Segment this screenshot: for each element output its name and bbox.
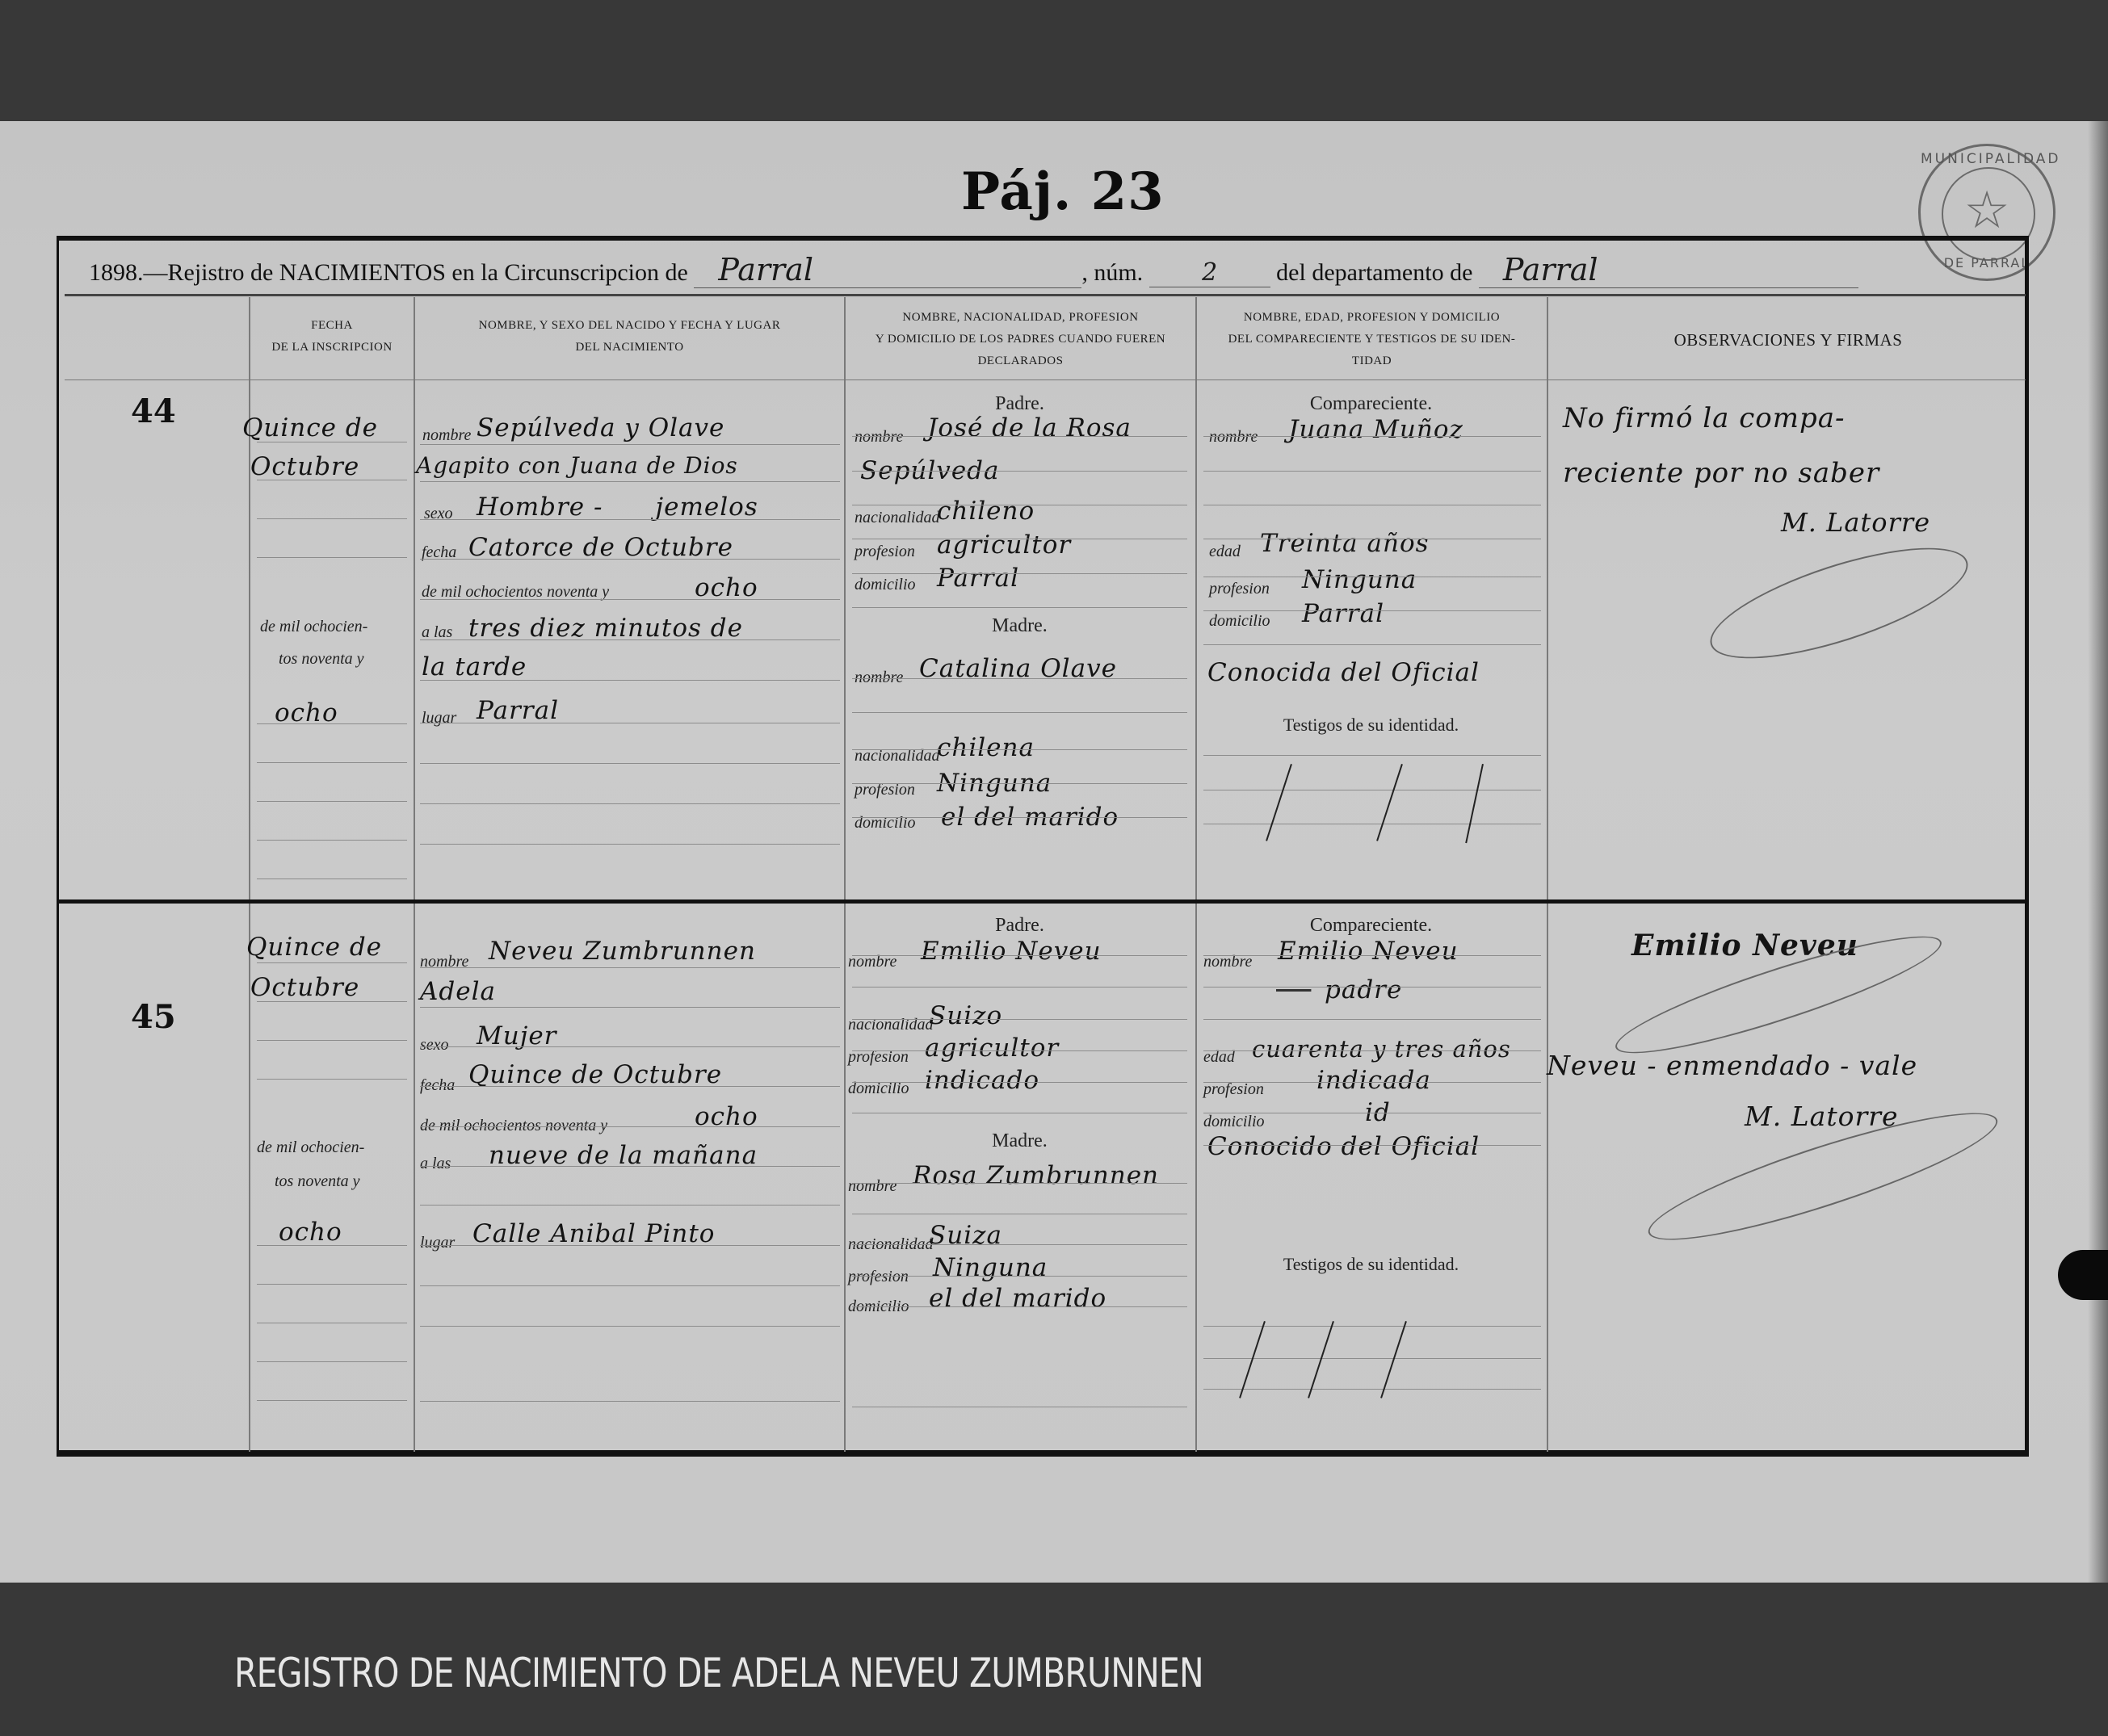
guide-line <box>420 967 840 968</box>
guide-line <box>420 559 840 560</box>
label-padre: Padre. <box>848 393 1191 415</box>
compareciente-nombre: Juana Muñoz <box>1288 415 1463 444</box>
label-domicilio: domicilio <box>1209 612 1270 631</box>
circunscripcion-field: Parral <box>694 252 1081 288</box>
guide-line <box>852 749 1187 750</box>
padre-nombre-1: Emilio Neveu <box>921 937 1102 966</box>
nacido-nombre-2: Adela <box>420 977 496 1006</box>
colhead-rule <box>65 379 2026 380</box>
nacido-fecha: Quince de Octubre <box>468 1060 722 1089</box>
guide-line <box>1203 436 1541 437</box>
label-sexo: sexo <box>424 505 453 523</box>
image-caption: REGISTRO DE NACIMIENTO DE ADELA NEVEU ZU… <box>234 1650 1203 1696</box>
label-padre: Padre. <box>848 915 1191 937</box>
guide-line <box>420 481 840 482</box>
guide-line <box>257 723 407 724</box>
guide-line <box>1203 1326 1541 1327</box>
guide-line <box>257 1323 407 1323</box>
guide-line <box>257 1001 407 1002</box>
label-lugar: lugar <box>422 709 456 728</box>
guide-line <box>852 1214 1187 1214</box>
label-nombre: nombre <box>848 1177 897 1196</box>
guide-line <box>852 955 1187 956</box>
guide-line <box>1203 1389 1541 1390</box>
label-a-las: a las <box>420 1155 451 1173</box>
guide-line <box>852 539 1187 539</box>
guide-line <box>257 557 407 558</box>
guide-line <box>257 1400 407 1401</box>
guide-line <box>420 1245 840 1246</box>
guide-line <box>420 1205 840 1206</box>
label-compareciente: Compareciente. <box>1199 393 1543 415</box>
nacido-nombre-1: Neveu Zumbrunnen <box>489 937 756 966</box>
label-compareciente: Compareciente. <box>1199 915 1543 937</box>
guide-line <box>1203 1050 1541 1051</box>
guide-line <box>1203 987 1541 988</box>
entry-number-45: 45 <box>131 998 176 1036</box>
fecha-noventa-label: tos noventa y <box>275 1172 360 1191</box>
guide-line <box>852 573 1187 574</box>
header-text-3: del departamento de <box>1276 259 1472 286</box>
guide-line <box>420 1086 840 1087</box>
fecha-mil-label: de mil ochocien- <box>260 618 367 636</box>
header-year: 1898 <box>89 259 137 286</box>
guide-line <box>257 878 407 879</box>
numero-field: 2 <box>1149 258 1270 287</box>
nacido-lugar: Calle Anibal Pinto <box>472 1219 715 1248</box>
madre-domicilio: el del marido <box>929 1284 1106 1313</box>
inscripcion-year: ocho <box>279 1218 342 1247</box>
header-text-2: , núm. <box>1081 259 1143 286</box>
padre-domicilio: indicado <box>925 1066 1039 1095</box>
label-nombre: nombre <box>422 426 471 445</box>
guide-line <box>420 639 840 640</box>
compareciente-nota: Conocido del Oficial <box>1207 1132 1480 1161</box>
inscripcion-line1: Quince de <box>246 933 382 962</box>
label-testigos: Testigos de su identidad. <box>1199 1254 1543 1275</box>
label-lugar: lugar <box>420 1234 455 1252</box>
guide-line <box>1203 505 1541 505</box>
nacido-nombre-1: Sepúlveda y Olave <box>477 413 724 442</box>
guide-line <box>852 1050 1187 1051</box>
inscripcion-line2: Octubre <box>250 452 359 481</box>
guide-line <box>420 1326 840 1327</box>
guide-line <box>1203 955 1541 956</box>
guide-line <box>420 803 840 804</box>
guide-line <box>852 1082 1187 1083</box>
compareciente-edad: cuarenta y tres años <box>1252 1035 1511 1063</box>
madre-nombre: Rosa Zumbrunnen <box>913 1161 1159 1190</box>
nacido-lugar: Parral <box>477 696 559 725</box>
colhead-compareciente: NOMBRE, EDAD, PROFESION Y DOMICILIODEL C… <box>1199 307 1545 372</box>
guide-line <box>257 801 407 802</box>
compareciente-strikethrough <box>1276 975 1311 1004</box>
nacido-anio: ocho <box>695 573 758 602</box>
compareciente-edad: Treinta años <box>1260 529 1430 558</box>
departamento-field: Parral <box>1479 252 1858 288</box>
inscripcion-line2: Octubre <box>250 973 359 1002</box>
guide-line <box>257 962 407 963</box>
label-edad: edad <box>1209 543 1241 561</box>
col-divider-2 <box>414 297 415 1452</box>
guide-line <box>1203 577 1541 577</box>
guide-line <box>420 1285 840 1286</box>
page-edge-shadow <box>2088 121 2108 1583</box>
label-domicilio: domicilio <box>1203 1113 1265 1131</box>
inscripcion-line1: Quince de <box>242 413 378 442</box>
padre-nombre-1: José de la Rosa <box>927 413 1132 442</box>
guide-line <box>1203 644 1541 645</box>
fecha-noventa-label: tos noventa y <box>279 650 364 669</box>
guide-line <box>420 1046 840 1047</box>
nacido-nombre-2: Agapito con Juana de Dios <box>416 452 738 479</box>
guide-line <box>852 1113 1187 1113</box>
guide-line <box>1203 824 1541 824</box>
guide-line <box>257 1284 407 1285</box>
padre-domicilio: Parral <box>937 564 1019 593</box>
label-profesion: profesion <box>1203 1080 1264 1099</box>
guide-line <box>852 436 1187 437</box>
signature-registrar: M. Latorre <box>1781 507 1930 538</box>
guide-line <box>852 1306 1187 1307</box>
label-profesion: profesion <box>848 1268 909 1286</box>
colhead-fecha: FECHADE LA INSCRIPCION <box>252 315 412 359</box>
guide-line <box>257 518 407 519</box>
guide-line <box>852 1244 1187 1245</box>
guide-line <box>852 1407 1187 1407</box>
guide-line <box>420 763 840 764</box>
col-divider-4 <box>1195 297 1197 1452</box>
guide-line <box>257 840 407 841</box>
star-icon: ☆ <box>1921 178 2053 243</box>
nacido-sexo: Hombre - jemelos <box>477 493 758 522</box>
label-nombre: nombre <box>1209 428 1258 447</box>
guide-line <box>852 505 1187 505</box>
padre-nacionalidad: Suizo <box>929 1001 1002 1030</box>
guide-line <box>1203 1358 1541 1359</box>
label-sexo: sexo <box>420 1036 449 1055</box>
label-nombre: nombre <box>855 428 903 447</box>
entry-number-44: 44 <box>131 392 176 430</box>
guide-line <box>420 519 840 520</box>
colhead-padres: NOMBRE, NACIONALIDAD, PROFESIONY DOMICIL… <box>847 307 1194 372</box>
nacido-fecha: Catorce de Octubre <box>468 533 733 562</box>
madre-profesion: Ninguna <box>933 1253 1048 1282</box>
col-divider-3 <box>844 297 846 1452</box>
guide-line <box>257 1079 407 1080</box>
observaciones-line2: reciente por no saber <box>1563 457 1879 489</box>
observaciones-line1: No firmó la compa- <box>1563 402 1845 434</box>
padre-profesion: agricultor <box>925 1034 1059 1063</box>
nacido-hora-1: tres diez minutos de <box>468 614 743 643</box>
guide-line <box>420 1401 840 1402</box>
observaciones-line1: Neveu - enmendado - vale <box>1547 1050 1917 1081</box>
guide-line <box>852 1183 1187 1184</box>
guide-line <box>1203 1145 1541 1146</box>
guide-line <box>257 762 407 763</box>
guide-line <box>257 1361 407 1362</box>
guide-line <box>420 599 840 600</box>
guide-line <box>852 987 1187 988</box>
guide-line <box>852 1276 1187 1277</box>
compareciente-relacion: padre <box>1325 975 1402 1004</box>
guide-line <box>420 1007 840 1008</box>
colhead-observaciones: OBSERVACIONES Y FIRMAS <box>1550 329 2026 351</box>
guide-line <box>1203 1082 1541 1083</box>
guide-line <box>1203 1113 1541 1113</box>
register-header: 1898.—Rejistro de NACIMIENTOS en la Circ… <box>89 252 1858 288</box>
label-madre: Madre. <box>848 1130 1191 1152</box>
guide-line <box>257 442 407 442</box>
guide-line <box>852 607 1187 608</box>
guide-line <box>852 817 1187 818</box>
header-text-1: .—Rejistro de NACIMIENTOS en la Circunsc… <box>137 259 688 286</box>
header-rule <box>65 294 2026 296</box>
stamp-top-text: MUNICIPALIDAD <box>1921 151 2053 167</box>
madre-nacionalidad: Suiza <box>929 1221 1002 1250</box>
binder-tab <box>2058 1250 2108 1300</box>
guide-line <box>1203 471 1541 472</box>
entry-divider <box>58 899 2026 904</box>
compareciente-domicilio: Parral <box>1302 599 1384 628</box>
label-nacionalidad: nacionalidad <box>855 509 940 527</box>
page-number: Páj. 23 <box>961 161 1165 222</box>
nacido-hora-2: la tarde <box>422 652 527 681</box>
guide-line <box>852 783 1187 784</box>
compareciente-nota: Conocida del Oficial <box>1207 658 1480 687</box>
guide-line <box>257 480 407 480</box>
guide-line <box>852 471 1187 472</box>
signature-registrar: M. Latorre <box>1745 1101 1899 1132</box>
label-madre: Madre. <box>848 615 1191 637</box>
guide-line <box>852 1019 1187 1020</box>
guide-line <box>420 680 840 681</box>
guide-line <box>852 712 1187 713</box>
guide-line <box>1203 539 1541 539</box>
label-testigos: Testigos de su identidad. <box>1199 715 1543 736</box>
guide-line <box>420 444 840 445</box>
guide-line <box>420 1166 840 1167</box>
guide-line <box>420 1126 840 1127</box>
guide-line <box>852 678 1187 679</box>
madre-nacionalidad: chilena <box>937 733 1035 762</box>
guide-line <box>1203 1019 1541 1020</box>
label-profesion: profesion <box>1209 580 1270 598</box>
padre-profesion: agricultor <box>937 530 1071 560</box>
guide-line <box>257 1245 407 1246</box>
label-profesion: profesion <box>855 543 915 561</box>
guide-line <box>257 1040 407 1041</box>
guide-line <box>1203 755 1541 756</box>
guide-line <box>420 723 840 723</box>
colhead-nacido: NOMBRE, Y SEXO DEL NACIDO Y FECHA Y LUGA… <box>417 315 842 359</box>
fecha-mil-label: de mil ochocien- <box>257 1138 364 1157</box>
guide-line <box>1203 790 1541 790</box>
label-nombre: nombre <box>420 953 468 971</box>
compareciente-nombre: Emilio Neveu <box>1278 937 1459 966</box>
compareciente-profesion: Ninguna <box>1302 565 1417 594</box>
compareciente-profesion: indicada <box>1316 1066 1431 1095</box>
col-divider-5 <box>1547 297 1548 1452</box>
guide-line <box>1203 610 1541 611</box>
label-domicilio: domicilio <box>855 576 916 594</box>
guide-line <box>420 844 840 845</box>
padre-nacionalidad: chileno <box>937 497 1035 526</box>
